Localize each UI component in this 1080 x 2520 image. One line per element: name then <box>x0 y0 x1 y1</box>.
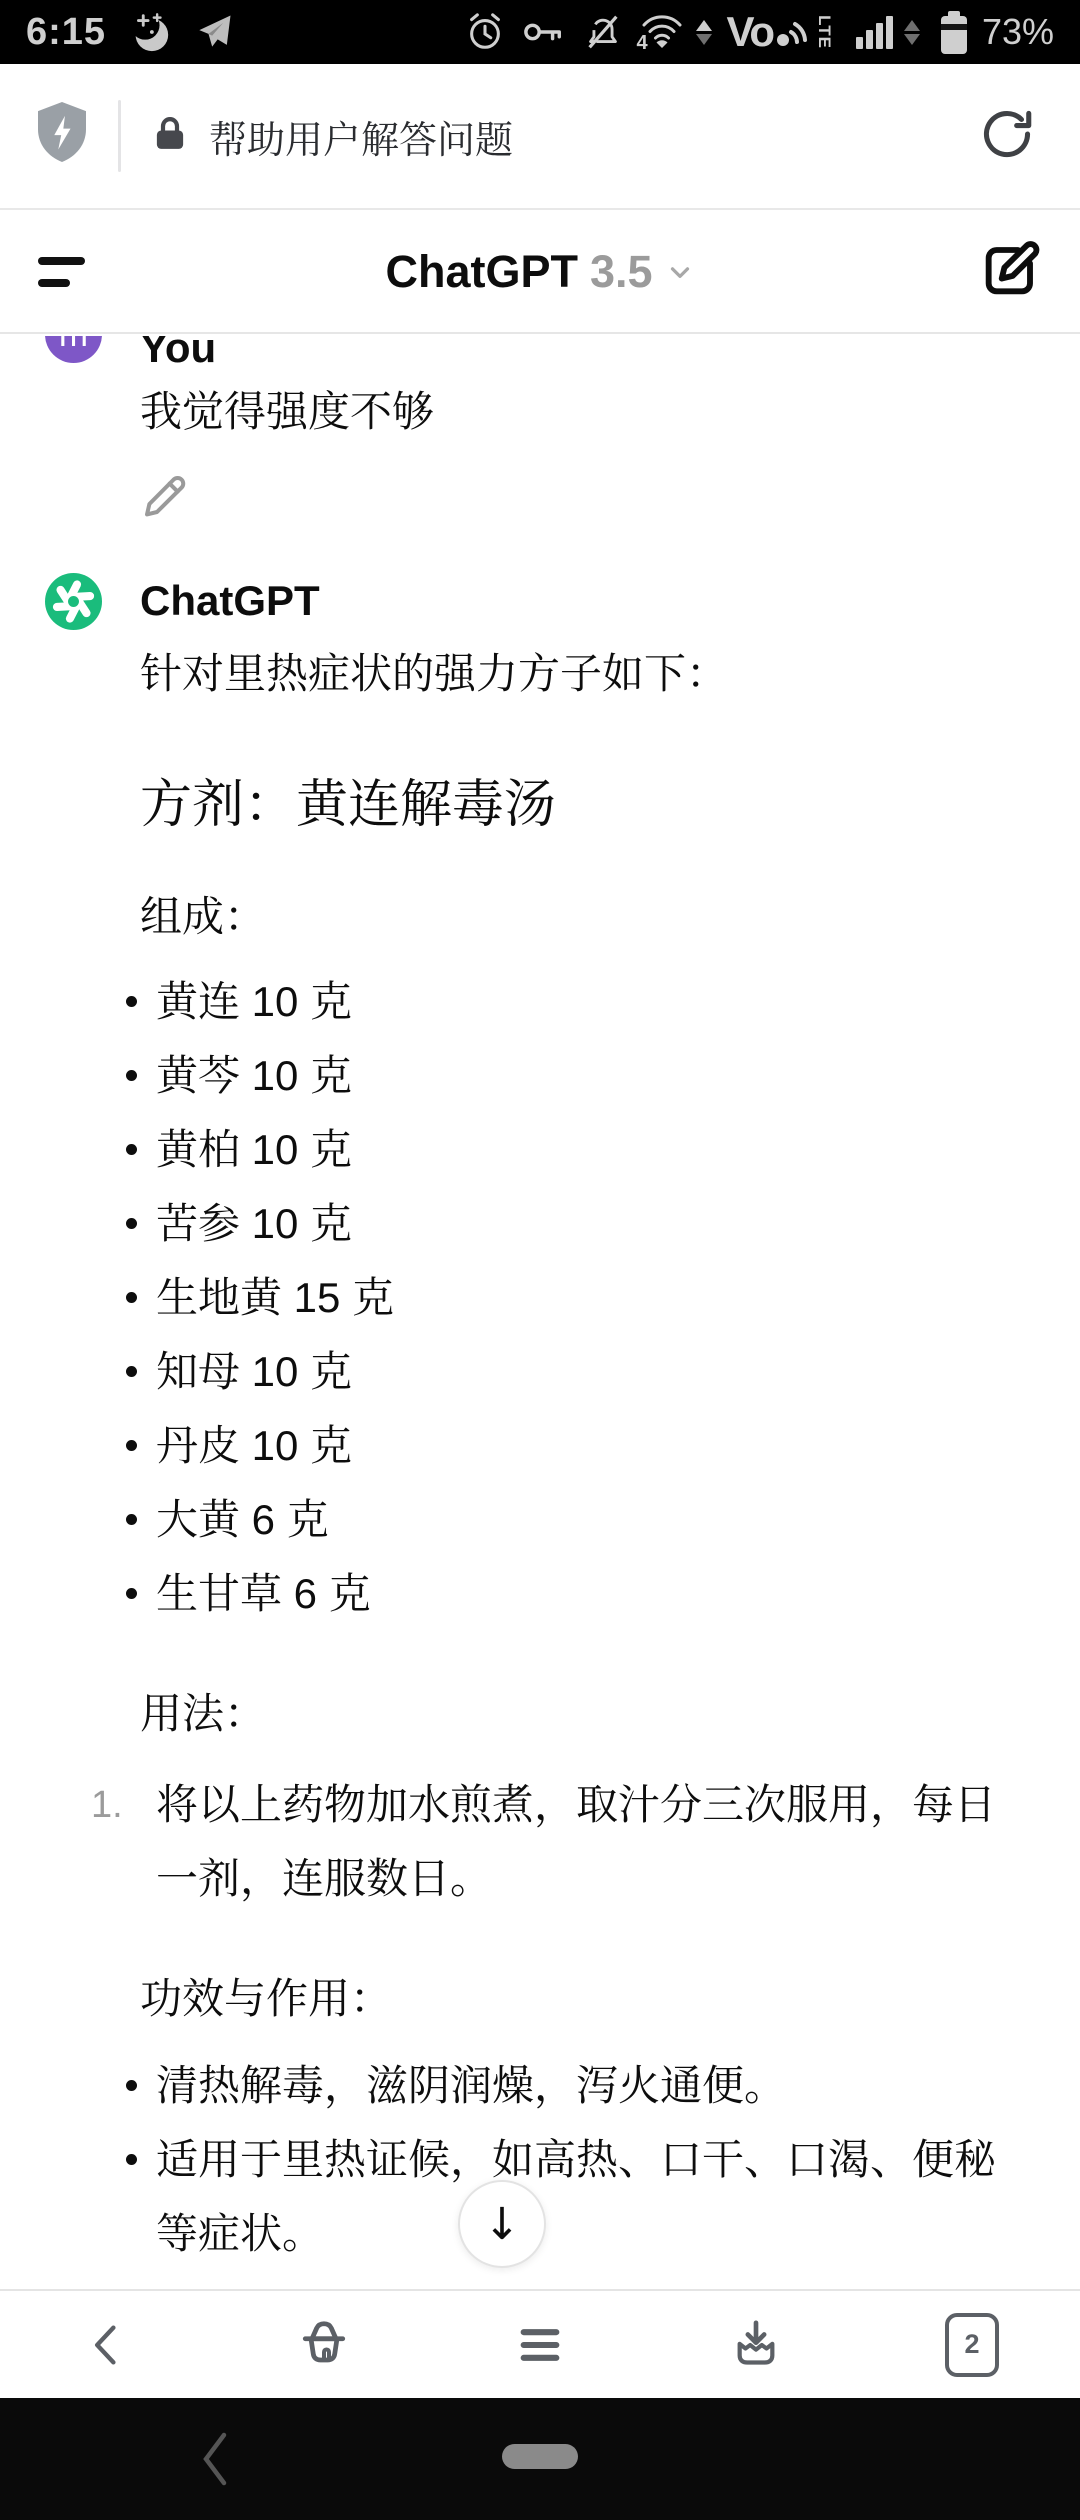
list-item: 知母 10 克 <box>140 1335 1008 1409</box>
list-item: 清热解毒，滋阴润燥，泻火通便。 <box>140 2049 1008 2123</box>
status-bar: 6:15 <box>0 0 1080 64</box>
list-item: 适用于里热证候，如高热、口干、口渴、便秘等症状。 <box>140 2123 1008 2271</box>
list-item: 生地黄 15 克 <box>140 1261 1008 1335</box>
lock-icon[interactable] <box>149 113 191 160</box>
user-avatar: m <box>45 336 102 363</box>
navigation-handle[interactable] <box>502 2444 578 2469</box>
assistant-intro: 针对里热症状的强力方子如下： <box>140 637 1008 710</box>
alarm-icon <box>464 11 506 53</box>
usage-list: 1. 将以上药物加水煎煮，取汁分三次服用，每日一剂，连服数日。 <box>140 1768 1008 1916</box>
page-title: 帮助用户解答问题 <box>209 109 513 164</box>
chevron-down-icon <box>665 257 695 287</box>
gesture-chevron-icon[interactable] <box>196 2430 232 2493</box>
lte-label: LTE <box>814 15 834 49</box>
browser-toolbar: 帮助用户解答问题 <box>0 64 1080 210</box>
ingredient-list: 黄连 10 克 黄芩 10 克 黄柏 10 克 苦参 10 克 生地黄 15 克… <box>140 965 1008 1631</box>
tabs-icon: 2 <box>945 2313 999 2377</box>
shield-icon[interactable] <box>30 98 94 175</box>
list-item: 黄芩 10 克 <box>140 1039 1008 1113</box>
assistant-name: ChatGPT <box>140 573 1010 629</box>
list-item: 黄柏 10 克 <box>140 1113 1008 1187</box>
user-message-text: 我觉得强度不够 <box>140 380 1010 444</box>
menu-button[interactable] <box>432 2317 648 2373</box>
user-message: m You 我觉得强度不够 <box>0 336 1080 525</box>
effects-label: 功效与作用： <box>140 1962 1008 2035</box>
model-version: 3.5 <box>590 246 653 298</box>
assistant-avatar <box>45 573 102 630</box>
battery-icon <box>941 11 967 54</box>
usage-label: 用法： <box>140 1677 1008 1750</box>
pencil-icon[interactable] <box>140 472 188 525</box>
sidebar-menu-icon[interactable] <box>38 257 85 287</box>
key-icon <box>521 11 567 53</box>
nav-menu-icon <box>512 2317 568 2373</box>
volte-icon: Vo LTE <box>727 8 841 56</box>
user-avatar-initial: m <box>59 336 88 355</box>
user-name: You <box>140 336 1010 372</box>
wifi-icon: 4 <box>639 11 685 53</box>
chat-header: ChatGPT 3.5 <box>0 212 1080 334</box>
download-button[interactable] <box>648 2317 864 2373</box>
list-item: 1. 将以上药物加水煎煮，取汁分三次服用，每日一剂，连服数日。 <box>140 1768 1008 1916</box>
moon-icon <box>126 9 172 55</box>
back-button[interactable] <box>0 2317 216 2373</box>
browser-nav-bar: 2 <box>0 2289 1080 2398</box>
conversation: m You 我觉得强度不够 <box>0 336 1080 2289</box>
wifi-standard-label: 4 <box>637 32 648 55</box>
composition-label: 组成： <box>140 880 1008 953</box>
usage-step-text: 将以上药物加水煎煮，取汁分三次服用，每日一剂，连服数日。 <box>156 1781 996 1902</box>
home-icon <box>293 2315 355 2375</box>
notifications-off-icon <box>582 11 624 53</box>
effects-list: 清热解毒，滋阴润燥，泻火通便。 适用于里热证候，如高热、口干、口渴、便秘等症状。 <box>140 2049 1008 2271</box>
formula-heading: 方剂：黄连解毒汤 <box>140 766 1008 844</box>
refresh-icon[interactable] <box>978 105 1036 168</box>
scroll-down-icon: ↓ <box>484 2199 521 2250</box>
home-button[interactable] <box>216 2315 432 2375</box>
model-selector[interactable]: ChatGPT 3.5 <box>0 246 1080 298</box>
signal-icon <box>856 15 893 49</box>
back-icon <box>82 2317 134 2373</box>
phone-screen: 6:15 <box>0 0 1080 2520</box>
battery-percent: 73% <box>982 11 1054 53</box>
assistant-message: ChatGPT 针对里热症状的强力方子如下： 方剂：黄连解毒汤 组成： 黄连 1… <box>0 573 1080 2271</box>
list-item: 大黄 6 克 <box>140 1483 1008 1557</box>
tab-count: 2 <box>964 2329 979 2360</box>
list-item: 黄连 10 克 <box>140 965 1008 1039</box>
compose-icon[interactable] <box>978 238 1042 307</box>
list-item: 生甘草 6 克 <box>140 1557 1008 1631</box>
signal-activity-arrows-icon <box>904 20 920 45</box>
gesture-bar <box>0 2398 1080 2520</box>
scroll-to-bottom-button[interactable]: ↓ <box>458 2180 546 2268</box>
download-icon <box>728 2317 784 2373</box>
ordered-marker: 1. <box>91 1768 123 1842</box>
telegram-icon <box>192 10 236 54</box>
list-item: 丹皮 10 克 <box>140 1409 1008 1483</box>
list-item: 苦参 10 克 <box>140 1187 1008 1261</box>
status-time: 6:15 <box>26 11 106 54</box>
toolbar-divider <box>118 100 121 172</box>
data-activity-arrows-icon <box>696 20 712 45</box>
app-title: ChatGPT <box>385 246 578 298</box>
volte-label: Vo <box>727 8 774 56</box>
openai-logo-icon <box>45 573 102 630</box>
tabs-button[interactable]: 2 <box>864 2313 1080 2377</box>
